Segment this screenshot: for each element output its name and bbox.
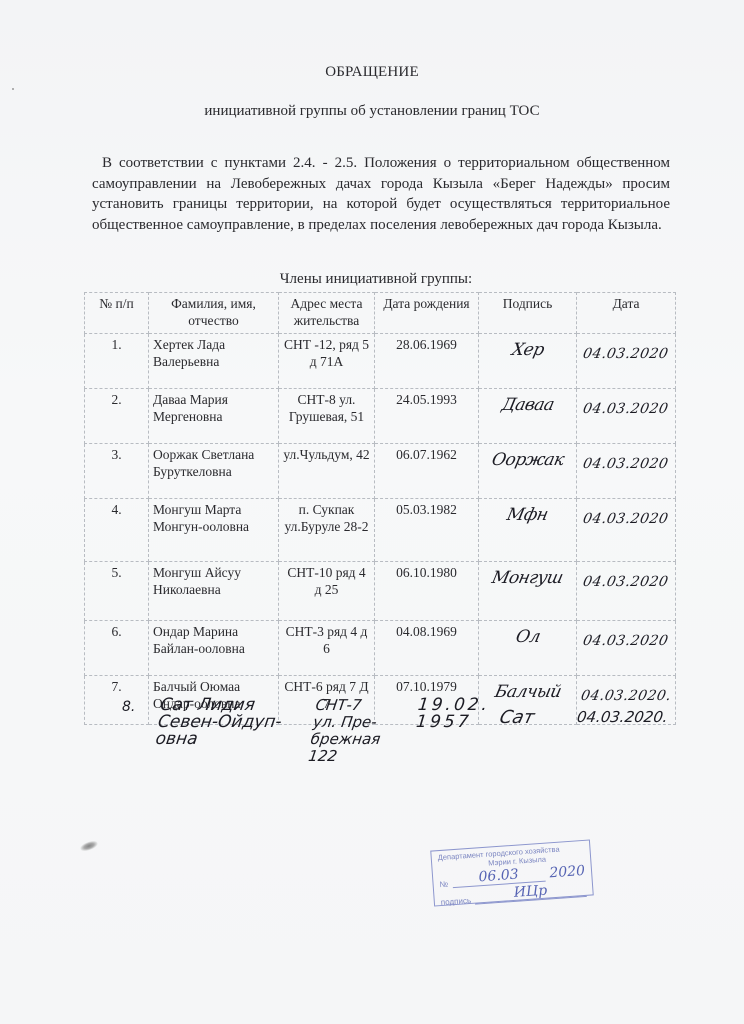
table-header-row: № п/п Фамилия, имя, отчество Адрес места… (85, 293, 676, 334)
row-num: 6. (85, 621, 149, 676)
table-row: 6. Ондар Марина Байлан-ооловна СНТ-3 ряд… (85, 621, 676, 676)
handwritten-date: 04.03.2020 (582, 511, 670, 528)
table-row: 5. Монгуш Айсуу Николаевна СНТ-10 ряд 4 … (85, 562, 676, 621)
handwritten-dob-line: 1957 (415, 714, 487, 731)
stamp-signature-label: подпись (441, 896, 472, 907)
row-dob: 05.03.1982 (375, 499, 479, 562)
handwritten-signature: Ол (514, 629, 541, 646)
row-dob: 28.06.1969 (375, 334, 479, 389)
handwritten-date: 04.03.2020 (582, 346, 670, 363)
row-signature: Хер (479, 334, 577, 389)
header-name: Фамилия, имя, отчество (149, 293, 279, 334)
handwritten-date: 04.03.2020 (582, 456, 670, 473)
handwritten-signature: Хер (510, 342, 545, 359)
handwritten-signature: Даваа (500, 397, 555, 414)
stamp-year: 2020 (549, 863, 586, 881)
handwritten-date: 04.03.2020 (582, 633, 670, 650)
table-row: 2. Даваа Мария Мергеновна СНТ-8 ул. Груш… (85, 389, 676, 444)
handwritten-date: 04.03.2020 (582, 574, 670, 591)
handwritten-address-line: 122 (307, 748, 409, 765)
handwritten-date: 04.03.2020. (576, 709, 669, 726)
scan-speck (12, 88, 14, 90)
handwritten-dob: 19.02. 1957 (415, 697, 489, 731)
row-signature: Монгуш (479, 562, 577, 621)
scanned-page: ОБРАЩЕНИЕ инициативной группы об установ… (0, 0, 744, 1024)
handwritten-name: Сат Лидия Севен-Ойдуп- овна (154, 697, 291, 748)
handwritten-date: 04.03.2020 (582, 401, 670, 418)
row-signature: Ооржак (479, 444, 577, 499)
row-num: 3. (85, 444, 149, 499)
row-name: Ондар Марина Байлан-ооловна (149, 621, 279, 676)
row-dob: 06.07.1962 (375, 444, 479, 499)
handwritten-address-line: ул. Пре- (312, 714, 414, 731)
table-row: 1. Хертек Лада Валерьевна СНТ -12, ряд 5… (85, 334, 676, 389)
row-date: 04.03.2020 (577, 389, 676, 444)
handwritten-address-line: брежная (310, 731, 412, 748)
header-num: № п/п (85, 293, 149, 334)
row-dob: 04.08.1969 (375, 621, 479, 676)
members-heading: Члены инициативной группы: (0, 271, 744, 288)
handwritten-address: СНТ-7 ул. Пре- брежная 122 (307, 697, 417, 765)
header-signature: Подпись (479, 293, 577, 334)
row-address: СНТ-3 ряд 4 д 6 (279, 621, 375, 676)
row-name: Хертек Лада Валерьевна (149, 334, 279, 389)
row-address: п. Сукпак ул.Буруле 28-2 (279, 499, 375, 562)
row-name: Монгуш Айсуу Николаевна (149, 562, 279, 621)
row-address: СНТ -12, ряд 5 д 71А (279, 334, 375, 389)
row-signature: Ол (479, 621, 577, 676)
row-signature: Даваа (479, 389, 577, 444)
handwritten-member-entry: 8. Сат Лидия Севен-Ойдуп- овна СНТ-7 ул.… (122, 697, 712, 792)
handwritten-signature: Сат (498, 709, 536, 726)
row-address: СНТ-10 ряд 4 д 25 (279, 562, 375, 621)
handwritten-name-line: овна (154, 731, 286, 748)
row-num: 1. (85, 334, 149, 389)
handwritten-signature: Мфн (505, 507, 549, 524)
document-subtitle: инициативной группы об установлении гран… (0, 103, 744, 120)
handwritten-address-line: СНТ-7 (314, 697, 416, 714)
row-date: 04.03.2020 (577, 562, 676, 621)
handwritten-signature: Ооржак (490, 452, 565, 469)
row-num: 4. (85, 499, 149, 562)
header-dob: Дата рождения (375, 293, 479, 334)
row-address: ул.Чульдум, 42 (279, 444, 375, 499)
row-date: 04.03.2020 (577, 334, 676, 389)
ink-smudge (79, 839, 99, 853)
handwritten-signature: Монгуш (490, 570, 564, 587)
row-dob: 24.05.1993 (375, 389, 479, 444)
handwritten-num: 8. (122, 699, 135, 716)
header-date: Дата (577, 293, 676, 334)
row-signature: Мфн (479, 499, 577, 562)
row-date: 04.03.2020 (577, 621, 676, 676)
row-dob: 06.10.1980 (375, 562, 479, 621)
row-num: 5. (85, 562, 149, 621)
row-date: 04.03.2020 (577, 444, 676, 499)
table-row: 4. Монгуш Марта Монгун-ооловна п. Сукпак… (85, 499, 676, 562)
stamp-number-label: № (439, 879, 448, 889)
body-text: В соответствии с пунктами 2.4. - 2.5. По… (92, 155, 670, 233)
row-name: Монгуш Марта Монгун-ооловна (149, 499, 279, 562)
members-table: № п/п Фамилия, имя, отчество Адрес места… (84, 292, 676, 725)
document-title: ОБРАЩЕНИЕ (0, 64, 744, 81)
row-name: Даваа Мария Мергеновна (149, 389, 279, 444)
row-address: СНТ-8 ул. Грушевая, 51 (279, 389, 375, 444)
registration-stamp: Департамент городского хозяйства Мэрии г… (430, 839, 594, 906)
table-row: 3. Ооржак Светлана Буруткеловна ул.Чульд… (85, 444, 676, 499)
row-name: Ооржак Светлана Буруткеловна (149, 444, 279, 499)
row-num: 2. (85, 389, 149, 444)
row-date: 04.03.2020 (577, 499, 676, 562)
document-body-paragraph: В соответствии с пунктами 2.4. - 2.5. По… (92, 153, 670, 235)
header-address: Адрес места жительства (279, 293, 375, 334)
